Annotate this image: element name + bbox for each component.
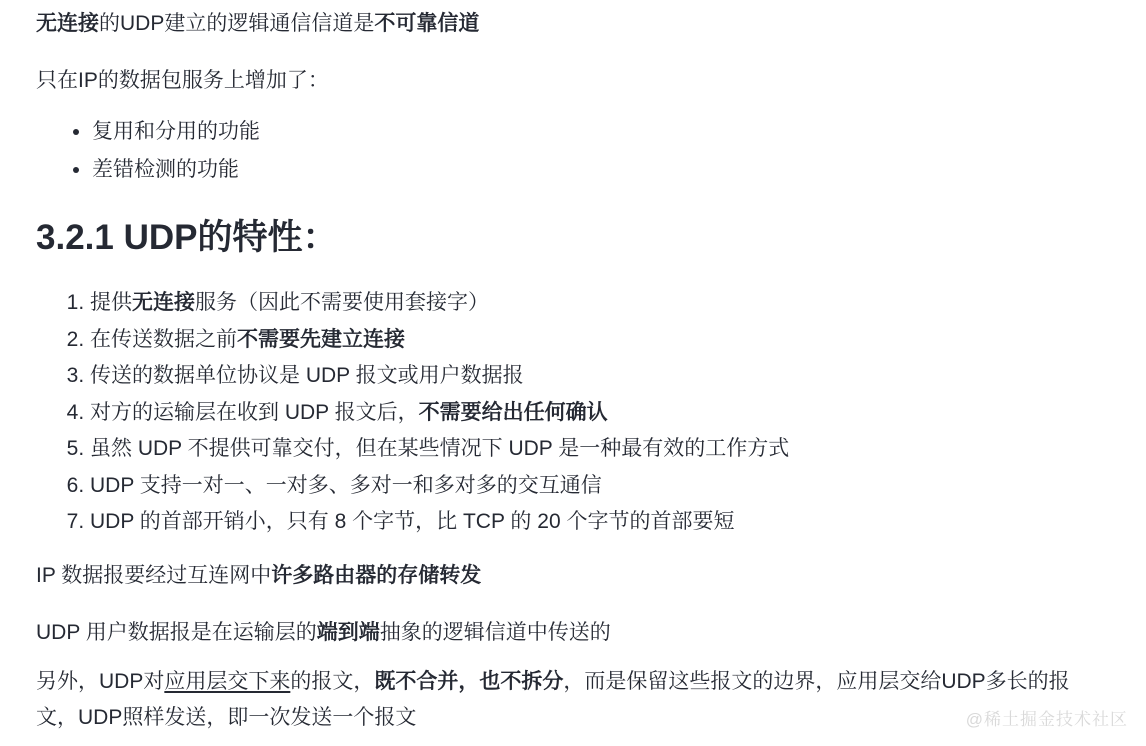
bold-text: 不需要给出任何确认 (419, 401, 608, 424)
bold-text: 无连接 (132, 291, 195, 314)
plain-text: 虽然 UDP 不提供可靠交付，但在某些情况下 UDP 是一种最有效的工作方式 (90, 437, 789, 460)
article-content: 无连接的UDP建立的逻辑通信信道是不可靠信道 只在IP的数据包服务上增加了： 复… (0, 0, 1146, 736)
bold-text: 端到端 (317, 621, 380, 644)
final-paragraph: 另外，UDP对应用层交下来的报文，既不合并，也不拆分，而是保留这些报文的边界，应… (36, 664, 1110, 736)
plain-text: UDP 用户数据报是在运输层的 (36, 621, 317, 644)
list-item: UDP 的首部开销小，只有 8 个字节，比 TCP 的 20 个字节的首部要短 (90, 504, 1110, 541)
ip-forward-paragraph: IP 数据报要经过互连网中许多路由器的存储转发 (36, 558, 1110, 594)
list-item: 复用和分用的功能 (92, 113, 1110, 151)
intro-paragraph: 无连接的UDP建立的逻辑通信信道是不可靠信道 (36, 6, 1110, 42)
watermark: @稀土掘金技术社区 (966, 705, 1128, 730)
plain-text: 传送的数据单位协议是 UDP 报文或用户数据报 (90, 364, 524, 387)
plain-text: 抽象的逻辑信道中传送的 (380, 621, 611, 644)
list-item: 提供无连接服务（因此不需要使用套接字） (90, 285, 1110, 322)
section-heading: 3.2.1 UDP的特性： (36, 216, 1110, 259)
plain-text: 提供 (90, 291, 132, 314)
bold-text: 不需要先建立连接 (237, 328, 405, 351)
bold-text: 不可靠信道 (374, 12, 479, 35)
udp-features-list: 提供无连接服务（因此不需要使用套接字） 在传送数据之前不需要先建立连接 传送的数… (36, 285, 1110, 541)
list-item: 对方的运输层在收到 UDP 报文后，不需要给出任何确认 (90, 395, 1110, 432)
plain-text: 只在IP的数据包服务上增加了： (36, 69, 329, 92)
list-item: 传送的数据单位协议是 UDP 报文或用户数据报 (90, 358, 1110, 395)
list-item: 虽然 UDP 不提供可靠交付，但在某些情况下 UDP 是一种最有效的工作方式 (90, 431, 1110, 468)
bold-text: 既不合并，也不拆分 (374, 670, 563, 693)
underlined-text: 应用层交下来 (164, 670, 290, 693)
list-item: 在传送数据之前不需要先建立连接 (90, 322, 1110, 359)
plain-text: 的UDP建立的逻辑通信信道是 (99, 12, 374, 35)
plain-text: 对方的运输层在收到 UDP 报文后， (90, 401, 419, 424)
end-to-end-paragraph: UDP 用户数据报是在运输层的端到端抽象的逻辑信道中传送的 (36, 615, 1110, 651)
plain-text: 另外，UDP对 (36, 670, 164, 693)
plain-text: UDP 支持一对一、一对多、多对一和多对多的交互通信 (90, 474, 602, 497)
list-item: 差错检测的功能 (92, 151, 1110, 189)
plain-text: 在传送数据之前 (90, 328, 237, 351)
plain-text: IP 数据报要经过互连网中 (36, 564, 271, 587)
plain-text: 服务（因此不需要使用套接字） (195, 291, 489, 314)
ip-service-paragraph: 只在IP的数据包服务上增加了： (36, 63, 1110, 99)
plain-text: UDP 的首部开销小，只有 8 个字节，比 TCP 的 20 个字节的首部要短 (90, 510, 734, 533)
bold-text: 许多路由器的存储转发 (271, 564, 481, 587)
list-item: UDP 支持一对一、一对多、多对一和多对多的交互通信 (90, 468, 1110, 505)
plain-text: 的报文， (290, 670, 374, 693)
service-additions-list: 复用和分用的功能 差错检测的功能 (36, 113, 1110, 189)
bold-text: 无连接 (36, 12, 99, 35)
